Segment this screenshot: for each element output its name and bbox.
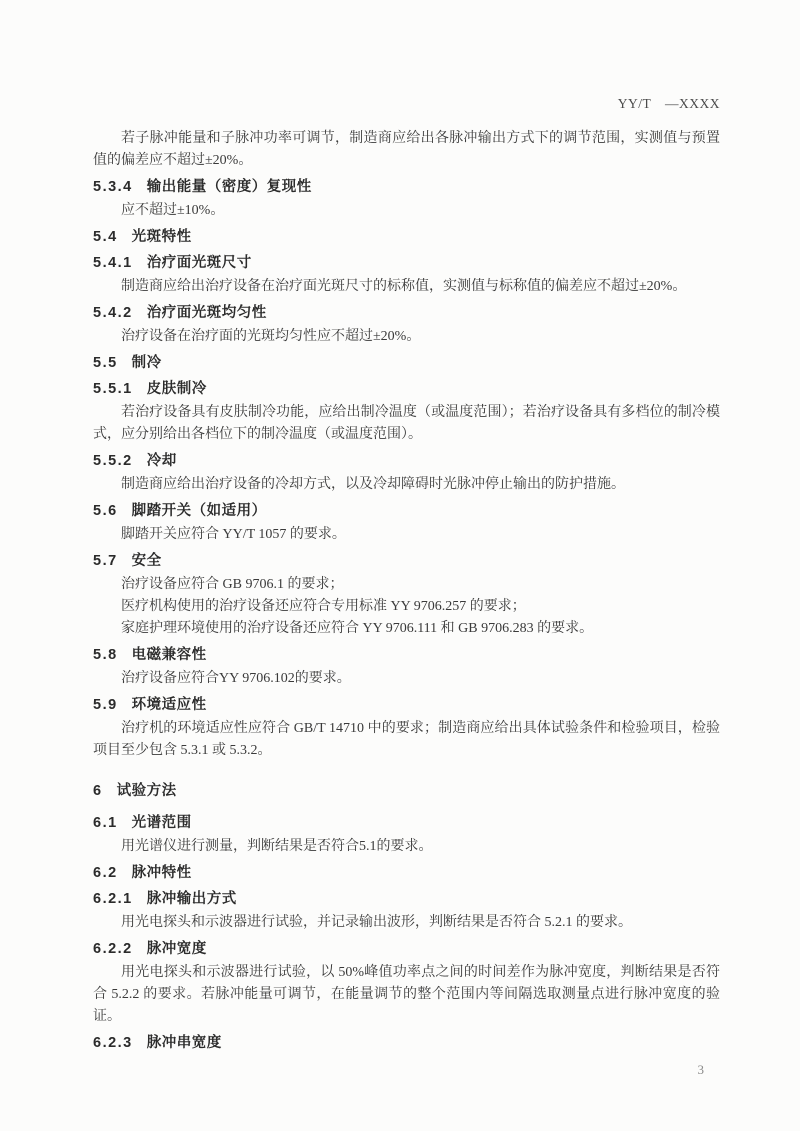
heading-number: 5.3.4 [93,179,133,195]
heading-title: 脉冲输出方式 [147,891,237,907]
document-content: 若子脉冲能量和子脉冲功率可调节，制造商应给出各脉冲输出方式下的调节范围，实测值与… [93,128,720,1054]
heading-title: 电磁兼容性 [132,647,207,663]
paragraph-line: 医疗机构使用的治疗设备还应符合专用标准 YY 9706.257 的要求； [93,596,720,618]
paragraph: 应不超过±10%。 [93,200,720,222]
section-heading-6.1: 6.1光谱范围 [93,812,720,834]
heading-title: 光斑特性 [132,229,192,245]
paragraph-line: 治疗设备应符合 GB 9706.1 的要求； [93,574,720,596]
paragraph: 用光电探头和示波器进行试验，并记录输出波形，判断结果是否符合 5.2.1 的要求… [93,912,720,934]
section-heading-6.2.3: 6.2.3脉冲串宽度 [93,1032,720,1054]
heading-number: 6 [93,783,103,799]
paragraph: 治疗机的环境适应性应符合 GB/T 14710 中的要求；制造商应给出具体试验条… [93,718,720,762]
heading-number: 5.9 [93,697,118,713]
heading-number: 5.6 [93,503,118,519]
heading-number: 6.2 [93,865,118,881]
section-heading-5.4.2: 5.4.2治疗面光斑均匀性 [93,302,720,324]
page-header-code: YY/T —XXXX [93,96,720,112]
heading-title: 脚踏开关（如适用） [132,503,267,519]
heading-number: 6.2.3 [93,1035,133,1051]
page-number: 3 [93,1062,720,1078]
paragraph: 用光谱仪进行测量，判断结果是否符合5.1的要求。 [93,836,720,858]
paragraph: 用光电探头和示波器进行试验，以 50%峰值功率点之间的时间差作为脉冲宽度，判断结… [93,962,720,1028]
heading-number: 5.5.1 [93,381,133,397]
heading-number: 5.8 [93,647,118,663]
section-heading-5.7: 5.7安全 [93,550,720,572]
heading-number: 5.4 [93,229,118,245]
paragraph: 制造商应给出治疗设备的冷却方式，以及冷却障碍时光脉冲停止输出的防护措施。 [93,474,720,496]
section-heading-5.9: 5.9环境适应性 [93,694,720,716]
paragraph: 若子脉冲能量和子脉冲功率可调节，制造商应给出各脉冲输出方式下的调节范围，实测值与… [93,128,720,172]
heading-title: 皮肤制冷 [147,381,207,397]
section-heading-5.4.1: 5.4.1治疗面光斑尺寸 [93,252,720,274]
heading-title: 脉冲宽度 [147,941,207,957]
heading-number: 5.4.2 [93,305,133,321]
heading-title: 冷却 [147,453,177,469]
paragraph-group: 治疗设备应符合 GB 9706.1 的要求；医疗机构使用的治疗设备还应符合专用标… [93,574,720,640]
paragraph: 若治疗设备具有皮肤制冷功能，应给出制冷温度（或温度范围）；若治疗设备具有多档位的… [93,402,720,446]
heading-title: 输出能量（密度）复现性 [147,179,312,195]
section-heading-5.8: 5.8电磁兼容性 [93,644,720,666]
heading-number: 6.1 [93,815,118,831]
heading-number: 5.7 [93,553,118,569]
section-heading-6.2.1: 6.2.1脉冲输出方式 [93,888,720,910]
heading-number: 6.2.1 [93,891,133,907]
heading-title: 环境适应性 [132,697,207,713]
heading-number: 6.2.2 [93,941,133,957]
section-heading-5.4: 5.4光斑特性 [93,226,720,248]
heading-number: 5.4.1 [93,255,133,271]
paragraph-line: 家庭护理环境使用的治疗设备还应符合 YY 9706.111 和 GB 9706.… [93,618,720,640]
heading-title: 脉冲特性 [132,865,192,881]
heading-title: 治疗面光斑尺寸 [147,255,252,271]
paragraph: 制造商应给出治疗设备在治疗面光斑尺寸的标称值，实测值与标称值的偏差应不超过±20… [93,276,720,298]
section-heading-6.2.2: 6.2.2脉冲宽度 [93,938,720,960]
paragraph: 脚踏开关应符合 YY/T 1057 的要求。 [93,524,720,546]
section-heading-5.3.4: 5.3.4输出能量（密度）复现性 [93,176,720,198]
heading-title: 脉冲串宽度 [147,1035,222,1051]
heading-number: 5.5.2 [93,453,133,469]
section-heading-5.5.1: 5.5.1皮肤制冷 [93,378,720,400]
section-heading-6: 6试验方法 [93,780,720,802]
document-page: YY/T —XXXX 若子脉冲能量和子脉冲功率可调节，制造商应给出各脉冲输出方式… [0,0,800,1131]
section-heading-5.6: 5.6脚踏开关（如适用） [93,500,720,522]
section-heading-5.5: 5.5制冷 [93,352,720,374]
paragraph: 治疗设备应符合YY 9706.102的要求。 [93,668,720,690]
heading-title: 安全 [132,553,162,569]
heading-title: 试验方法 [117,783,177,799]
section-heading-5.5.2: 5.5.2冷却 [93,450,720,472]
heading-title: 制冷 [132,355,162,371]
section-heading-6.2: 6.2脉冲特性 [93,862,720,884]
paragraph: 治疗设备在治疗面的光斑均匀性应不超过±20%。 [93,326,720,348]
heading-number: 5.5 [93,355,118,371]
heading-title: 光谱范围 [132,815,192,831]
heading-title: 治疗面光斑均匀性 [147,305,267,321]
